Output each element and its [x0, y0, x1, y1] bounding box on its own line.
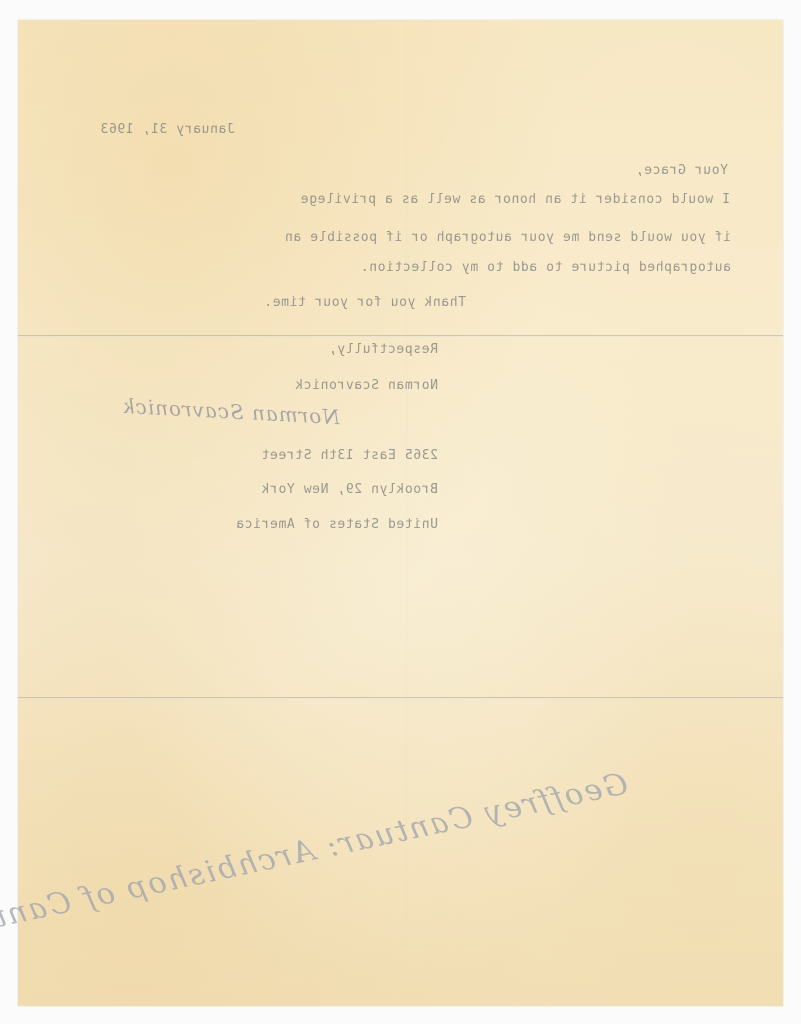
letter-date: January 31, 1963 — [100, 122, 285, 137]
sender-city: Brooklyn 29, New York — [158, 482, 438, 497]
fold-crease — [18, 697, 783, 699]
letter-body-line: Thank you for your time. — [188, 295, 466, 310]
letter-paper: January 31, 1963 Your Grace, I would con… — [18, 20, 783, 1006]
sender-typed-name: Norman Scavronick — [263, 378, 438, 393]
sender-handwritten-signature: Norman Scavronick — [140, 395, 341, 429]
letter-body-line: autographed picture to add to my collect… — [273, 260, 731, 275]
letter-body-line: I would consider it an honor as well as … — [118, 192, 730, 207]
scanned-document: January 31, 1963 Your Grace, I would con… — [0, 0, 801, 1024]
letter-body-line: if you would send me your autograph or i… — [136, 230, 731, 245]
letter-closing: Respectfully, — [263, 342, 438, 357]
fold-crease-vertical — [406, 20, 407, 1006]
letter-salutation: Your Grace, — [608, 163, 728, 178]
sender-street-address: 2365 East 13th Street — [126, 448, 438, 463]
sender-country: United States of America — [98, 517, 438, 532]
archbishop-pencil-signature: Geoffrey Cantuar: Archbishop of Canterbu… — [115, 766, 631, 908]
fold-crease — [18, 335, 783, 337]
